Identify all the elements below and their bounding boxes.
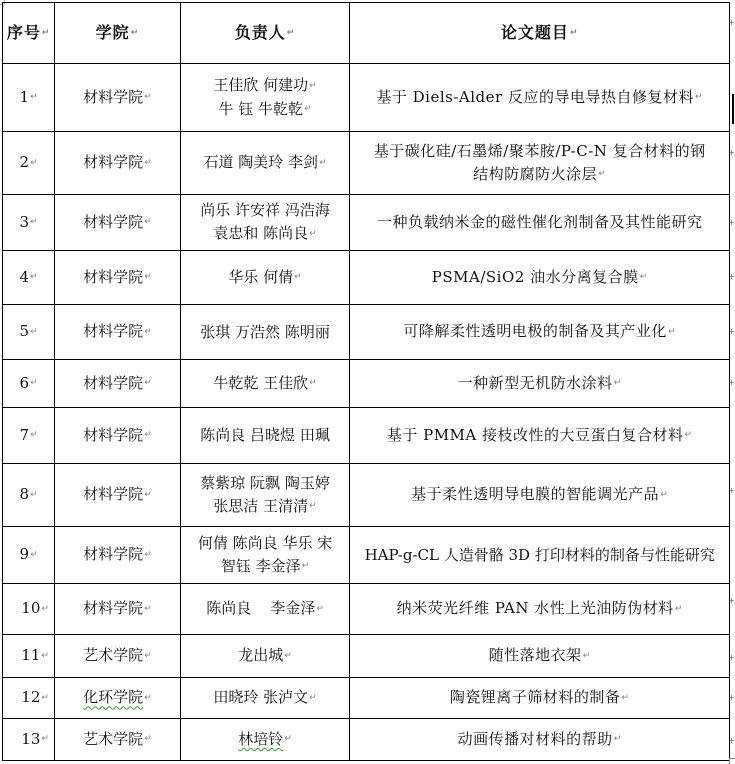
cell-title[interactable]: 基于柔性透明导电膜的智能调光产品↵ bbox=[350, 464, 730, 527]
cell-school[interactable]: 艺术学院↵ bbox=[55, 635, 181, 678]
lead-names: 张琪 万浩然 陈明丽 bbox=[200, 323, 330, 341]
lead-line: 袁忠和 陈尚良↵ bbox=[182, 222, 349, 246]
row-number: 6 bbox=[20, 374, 30, 392]
lead-names: 林培铃 bbox=[238, 730, 283, 748]
paragraph-mark-icon: ↵ bbox=[144, 544, 152, 567]
header-no[interactable]: 序号↵ bbox=[3, 3, 55, 64]
thesis-title: 一种新型无机防水涂料 bbox=[458, 374, 613, 392]
thesis-title: 随性落地衣架 bbox=[489, 646, 582, 664]
row-number: 7 bbox=[20, 426, 30, 444]
paragraph-mark-icon: ↵ bbox=[144, 645, 152, 668]
cell-school[interactable]: 化环学院↵ bbox=[55, 678, 181, 719]
thesis-title: 纳米荧光纤维 PAN 水性上光油防伪材料 bbox=[397, 599, 674, 617]
row-number: 13 bbox=[21, 730, 40, 748]
row-end-marker bbox=[730, 276, 734, 277]
cell-no[interactable]: 3↵ bbox=[3, 195, 55, 251]
school-name: 材料学院 bbox=[83, 485, 143, 503]
school-name: 材料学院 bbox=[83, 426, 143, 444]
cell-school[interactable]: 材料学院↵ bbox=[55, 64, 181, 132]
cell-no[interactable]: 4↵ bbox=[3, 251, 55, 305]
cell-no[interactable]: 9↵ bbox=[3, 527, 55, 584]
paragraph-mark-icon: ↵ bbox=[284, 728, 292, 751]
paragraph-mark-icon: ↵ bbox=[30, 424, 38, 447]
cell-title[interactable]: HAP-g-CL 人造骨骼 3D 打印材料的制备与性能研究 bbox=[350, 527, 730, 584]
paragraph-mark-icon: ↵ bbox=[144, 266, 152, 289]
cell-no[interactable]: 7↵ bbox=[3, 408, 55, 464]
cell-no[interactable]: 10↵ bbox=[3, 584, 55, 635]
row-end-marker bbox=[730, 740, 734, 741]
cell-no[interactable]: 8↵ bbox=[3, 464, 55, 527]
thesis-title: 一种负载纳米金的磁性催化剂制备及其性能研究 bbox=[377, 213, 703, 231]
header-lead-label: 负责人 bbox=[235, 23, 286, 42]
cell-school[interactable]: 材料学院↵ bbox=[55, 464, 181, 527]
cell-no[interactable]: 13↵ bbox=[3, 719, 55, 761]
cell-school[interactable]: 材料学院↵ bbox=[55, 527, 181, 584]
paragraph-mark-icon: ↵ bbox=[144, 484, 152, 507]
table-row: 8↵ 材料学院↵ 蔡紫琼 阮飘 陶玉婷 张思洁 王清清↵ 基于柔性透明导电膜的智… bbox=[3, 464, 730, 527]
header-row: 序号↵ 学院↵ 负责人↵ 论文题目↵ bbox=[3, 3, 730, 64]
cell-no[interactable]: 11↵ bbox=[3, 635, 55, 678]
cell-title[interactable]: 基于 PMMA 接枝改性的大豆蛋白复合材料↵ bbox=[350, 408, 730, 464]
paragraph-mark-icon: ↵ bbox=[144, 424, 152, 447]
cell-lead[interactable]: 林培铃↵ bbox=[180, 719, 350, 761]
title-line: 结构防腐防火涂层↵ bbox=[351, 163, 728, 187]
paragraph-mark-icon: ↵ bbox=[309, 495, 317, 518]
cell-no[interactable]: 12↵ bbox=[3, 678, 55, 719]
paragraph-mark-icon: ↵ bbox=[309, 372, 317, 395]
row-number: 3 bbox=[20, 213, 30, 231]
school-name: 材料学院 bbox=[83, 374, 143, 392]
row-number: 12 bbox=[21, 688, 40, 706]
paragraph-mark-icon: ↵ bbox=[304, 98, 312, 121]
thesis-title: 基于碳化硅/石墨烯/聚苯胺/P-C-N 复合材料的钢 bbox=[374, 142, 706, 160]
school-name: 材料学院 bbox=[83, 213, 143, 231]
paragraph-mark-icon: ↵ bbox=[309, 223, 317, 246]
row-number: 11 bbox=[21, 646, 40, 664]
school-name: 材料学院 bbox=[83, 599, 143, 617]
row-number: 4 bbox=[20, 268, 30, 286]
table-row: 12↵ 化环学院↵ 田晓玲 张泸文↵ 陶瓷锂离子筛材料的制备↵ bbox=[3, 678, 730, 719]
cell-lead[interactable]: 王佳欣 何建功↵ 牛 钰 牛乾乾↵ bbox=[180, 64, 350, 132]
cell-no[interactable]: 2↵ bbox=[3, 132, 55, 195]
cell-title[interactable]: 可降解柔性透明电极的制备及其产业化↵ bbox=[350, 305, 730, 360]
school-name: 化环学院 bbox=[83, 688, 143, 706]
lead-names: 张思洁 王清清 bbox=[213, 497, 308, 515]
paragraph-mark-icon: ↵ bbox=[319, 152, 327, 175]
paragraph-mark-icon: ↵ bbox=[614, 372, 622, 395]
header-title-label: 论文题目 bbox=[501, 23, 569, 42]
table-row: 2↵ 材料学院↵ 石道 陶美玲 李剑↵ 基于碳化硅/石墨烯/聚苯胺/P-C-N … bbox=[3, 132, 730, 195]
table-row: 4↵ 材料学院↵ 华乐 何倩↵ PSMA/SiO2 油水分离复合膜↵ bbox=[3, 251, 730, 305]
header-title[interactable]: 论文题目↵ bbox=[350, 3, 730, 64]
paragraph-mark-icon: ↵ bbox=[131, 22, 140, 45]
row-end-marker bbox=[730, 657, 734, 658]
paragraph-mark-icon: ↵ bbox=[660, 484, 668, 507]
cell-lead[interactable]: 陈尚良 吕晓煜 田珮 bbox=[180, 408, 350, 464]
row-end-marker bbox=[730, 331, 734, 332]
school-name: 材料学院 bbox=[83, 545, 143, 563]
paragraph-mark-icon: ↵ bbox=[583, 645, 591, 668]
school-name: 材料学院 bbox=[83, 88, 143, 106]
cell-title[interactable]: 陶瓷锂离子筛材料的制备↵ bbox=[350, 678, 730, 719]
cell-title[interactable]: 一种负载纳米金的磁性催化剂制备及其性能研究 bbox=[350, 195, 730, 251]
lead-line: 智钰 李金泽↵ bbox=[182, 555, 349, 579]
cell-title[interactable]: 随性落地衣架↵ bbox=[350, 635, 730, 678]
header-no-label: 序号 bbox=[7, 23, 41, 42]
paragraph-mark-icon: ↵ bbox=[144, 321, 152, 344]
table-row: 11↵ 艺术学院↵ 龙出城↵ 随性落地衣架↵ bbox=[3, 635, 730, 678]
row-number: 2 bbox=[20, 153, 30, 171]
cell-school[interactable]: 材料学院↵ bbox=[55, 584, 181, 635]
thesis-title: 基于 Diels-Alder 反应的导电导热自修复材料 bbox=[376, 88, 694, 106]
paragraph-mark-icon: ↵ bbox=[30, 372, 38, 395]
paragraph-mark-icon: ↵ bbox=[309, 75, 317, 98]
row-number: 10 bbox=[21, 599, 40, 617]
table-row: 1↵ 材料学院↵ 王佳欣 何建功↵ 牛 钰 牛乾乾↵ 基于 Diels-Alde… bbox=[3, 64, 730, 132]
paragraph-mark-icon: ↵ bbox=[144, 728, 152, 751]
table-row: 10↵ 材料学院↵ 陈尚良 李金泽↵ 纳米荧光纤维 PAN 水性上光油防伪材料↵ bbox=[3, 584, 730, 635]
thesis-title: 基于 PMMA 接枝改性的大豆蛋白复合材料 bbox=[387, 426, 684, 444]
cell-title[interactable]: 基于 Diels-Alder 反应的导电导热自修复材料↵ bbox=[350, 64, 730, 132]
paragraph-mark-icon: ↵ bbox=[30, 86, 38, 109]
table-resize-handle[interactable] bbox=[729, 758, 735, 764]
lead-line: 王佳欣 何建功↵ bbox=[182, 74, 349, 98]
paragraph-mark-icon: ↵ bbox=[41, 728, 49, 751]
lead-names: 蔡紫琼 阮飘 陶玉婷 bbox=[200, 474, 330, 492]
lead-line: 蔡紫琼 阮飘 陶玉婷 bbox=[182, 472, 349, 495]
paragraph-mark-icon: ↵ bbox=[640, 266, 648, 289]
thesis-title: 基于柔性透明导电膜的智能调光产品 bbox=[411, 485, 659, 503]
paragraph-mark-icon: ↵ bbox=[284, 645, 292, 668]
paragraph-mark-icon: ↵ bbox=[41, 598, 49, 621]
cell-lead[interactable]: 陈尚良 李金泽↵ bbox=[180, 584, 350, 635]
school-name: 材料学院 bbox=[83, 153, 143, 171]
school-name: 艺术学院 bbox=[83, 646, 143, 664]
thesis-title: 结构防腐防火涂层 bbox=[473, 165, 597, 183]
cell-lead[interactable]: 田晓玲 张泸文↵ bbox=[180, 678, 350, 719]
cell-no[interactable]: 1↵ bbox=[3, 64, 55, 132]
lead-names: 陈尚良 吕晓煜 田珮 bbox=[200, 426, 330, 444]
paragraph-mark-icon: ↵ bbox=[695, 86, 703, 109]
lead-names: 袁忠和 陈尚良 bbox=[213, 224, 308, 242]
paragraph-mark-icon: ↵ bbox=[144, 152, 152, 175]
cell-school[interactable]: 材料学院↵ bbox=[55, 360, 181, 408]
lead-names: 龙出城 bbox=[238, 646, 283, 664]
header-school-label: 学院 bbox=[96, 23, 130, 42]
row-number: 9 bbox=[20, 545, 30, 563]
cell-school[interactable]: 材料学院↵ bbox=[55, 408, 181, 464]
lead-names: 何倩 陈尚良 华乐 宋 bbox=[198, 534, 332, 552]
paragraph-mark-icon: ↵ bbox=[309, 687, 317, 710]
lead-line: 牛 钰 牛乾乾↵ bbox=[182, 98, 349, 122]
school-name: 艺术学院 bbox=[83, 730, 143, 748]
paragraph-mark-icon: ↵ bbox=[287, 22, 296, 45]
cell-lead[interactable]: 石道 陶美玲 李剑↵ bbox=[180, 132, 350, 195]
table-row: 6↵ 材料学院↵ 牛乾乾 王佳欣↵ 一种新型无机防水涂料↵ bbox=[3, 360, 730, 408]
paragraph-mark-icon: ↵ bbox=[302, 555, 310, 578]
paragraph-mark-icon: ↵ bbox=[614, 728, 622, 751]
paragraph-mark-icon: ↵ bbox=[294, 266, 302, 289]
cell-lead[interactable]: 龙出城↵ bbox=[180, 635, 350, 678]
cell-no[interactable]: 6↵ bbox=[3, 360, 55, 408]
paragraph-mark-icon: ↵ bbox=[621, 687, 629, 710]
paragraph-mark-icon: ↵ bbox=[30, 266, 38, 289]
cell-school[interactable]: 材料学院↵ bbox=[55, 305, 181, 360]
paragraph-mark-icon: ↵ bbox=[685, 424, 693, 447]
title-line: 基于碳化硅/石墨烯/聚苯胺/P-C-N 复合材料的钢 bbox=[351, 140, 728, 163]
header-lead[interactable]: 负责人↵ bbox=[180, 3, 350, 64]
cell-title[interactable]: 一种新型无机防水涂料↵ bbox=[350, 360, 730, 408]
row-end-marker bbox=[730, 382, 734, 383]
paragraph-mark-icon: ↵ bbox=[30, 211, 38, 234]
row-end-marker bbox=[730, 697, 734, 698]
paragraph-mark-icon: ↵ bbox=[570, 22, 579, 45]
lead-names: 尚乐 许安祥 冯浩海 bbox=[200, 201, 330, 219]
table-row: 5↵ 材料学院↵ 张琪 万浩然 陈明丽 可降解柔性透明电极的制备及其产业化↵ bbox=[3, 305, 730, 360]
thesis-title: 可降解柔性透明电极的制备及其产业化 bbox=[403, 322, 667, 340]
row-end-marker bbox=[730, 222, 734, 223]
lead-names: 牛乾乾 王佳欣 bbox=[213, 374, 308, 392]
cell-lead[interactable]: 华乐 何倩↵ bbox=[180, 251, 350, 305]
paragraph-mark-icon: ↵ bbox=[30, 484, 38, 507]
cell-lead[interactable]: 张琪 万浩然 陈明丽 bbox=[180, 305, 350, 360]
thesis-title: PSMA/SiO2 油水分离复合膜 bbox=[432, 268, 639, 286]
lead-line: 尚乐 许安祥 冯浩海 bbox=[182, 199, 349, 222]
cell-school[interactable]: 材料学院↵ bbox=[55, 251, 181, 305]
paragraph-mark-icon: ↵ bbox=[144, 687, 152, 710]
paragraph-mark-icon: ↵ bbox=[42, 22, 51, 45]
row-end-marker bbox=[730, 600, 734, 601]
paragraph-mark-icon: ↵ bbox=[41, 645, 49, 668]
row-number: 1 bbox=[20, 88, 30, 106]
cell-lead[interactable]: 蔡紫琼 阮飘 陶玉婷 张思洁 王清清↵ bbox=[180, 464, 350, 527]
cell-school[interactable]: 材料学院↵ bbox=[55, 195, 181, 251]
row-number: 5 bbox=[20, 322, 30, 340]
paragraph-mark-icon: ↵ bbox=[30, 321, 38, 344]
lead-names: 陈尚良 李金泽 bbox=[206, 599, 315, 617]
lead-names: 田晓玲 张泸文 bbox=[213, 688, 308, 706]
school-name: 材料学院 bbox=[83, 268, 143, 286]
header-school[interactable]: 学院↵ bbox=[55, 3, 181, 64]
lead-line: 张思洁 王清清↵ bbox=[182, 495, 349, 519]
cell-school[interactable]: 艺术学院↵ bbox=[55, 719, 181, 761]
cell-title[interactable]: 动画传播对材料的帮助↵ bbox=[350, 719, 730, 761]
lead-names: 王佳欣 何建功 bbox=[213, 76, 308, 94]
paragraph-mark-icon: ↵ bbox=[30, 544, 38, 567]
cell-title[interactable]: PSMA/SiO2 油水分离复合膜↵ bbox=[350, 251, 730, 305]
thesis-title: HAP-g-CL 人造骨骼 3D 打印材料的制备与性能研究 bbox=[365, 546, 715, 564]
text-cursor bbox=[732, 94, 734, 124]
paragraph-mark-icon: ↵ bbox=[675, 598, 683, 621]
cell-title[interactable]: 基于碳化硅/石墨烯/聚苯胺/P-C-N 复合材料的钢 结构防腐防火涂层↵ bbox=[350, 132, 730, 195]
thesis-title: 动画传播对材料的帮助 bbox=[458, 730, 613, 748]
lead-names: 牛 钰 牛乾乾 bbox=[219, 100, 304, 118]
paragraph-mark-icon: ↵ bbox=[316, 598, 324, 621]
paragraph-mark-icon: ↵ bbox=[668, 321, 676, 344]
paragraph-mark-icon: ↵ bbox=[144, 211, 152, 234]
paragraph-mark-icon: ↵ bbox=[144, 86, 152, 109]
paragraph-mark-icon: ↵ bbox=[144, 372, 152, 395]
lead-names: 华乐 何倩 bbox=[228, 268, 293, 286]
table-row: 7↵ 材料学院↵ 陈尚良 吕晓煜 田珮 基于 PMMA 接枝改性的大豆蛋白复合材… bbox=[3, 408, 730, 464]
thesis-table: 序号↵ 学院↵ 负责人↵ 论文题目↵ 1↵ 材料学院↵ 王佳欣 何建功↵ 牛 钰… bbox=[2, 2, 730, 761]
school-name: 材料学院 bbox=[83, 322, 143, 340]
cell-title[interactable]: 纳米荧光纤维 PAN 水性上光油防伪材料↵ bbox=[350, 584, 730, 635]
row-number: 8 bbox=[20, 485, 30, 503]
table-row: 3↵ 材料学院↵ 尚乐 许安祥 冯浩海 袁忠和 陈尚良↵ 一种负载纳米金的磁性催… bbox=[3, 195, 730, 251]
lead-names: 石道 陶美玲 李剑 bbox=[204, 153, 319, 171]
row-end-marker bbox=[730, 152, 734, 153]
cell-school[interactable]: 材料学院↵ bbox=[55, 132, 181, 195]
paragraph-mark-icon: ↵ bbox=[144, 598, 152, 621]
cell-lead[interactable]: 牛乾乾 王佳欣↵ bbox=[180, 360, 350, 408]
row-end-marker bbox=[730, 22, 734, 23]
thesis-title: 陶瓷锂离子筛材料的制备 bbox=[450, 688, 621, 706]
table-row: 13↵ 艺术学院↵ 林培铃↵ 动画传播对材料的帮助↵ bbox=[3, 719, 730, 761]
paragraph-mark-icon: ↵ bbox=[41, 687, 49, 710]
row-end-marker bbox=[730, 490, 734, 491]
table-row: 9↵ 材料学院↵ 何倩 陈尚良 华乐 宋 智钰 李金泽↵ HAP-g-CL 人造… bbox=[3, 527, 730, 584]
lead-names: 智钰 李金泽 bbox=[221, 557, 301, 575]
cell-lead[interactable]: 尚乐 许安祥 冯浩海 袁忠和 陈尚良↵ bbox=[180, 195, 350, 251]
lead-line: 何倩 陈尚良 华乐 宋 bbox=[182, 532, 349, 555]
paragraph-mark-icon: ↵ bbox=[598, 163, 606, 186]
cell-no[interactable]: 5↵ bbox=[3, 305, 55, 360]
cell-lead[interactable]: 何倩 陈尚良 华乐 宋 智钰 李金泽↵ bbox=[180, 527, 350, 584]
paragraph-mark-icon: ↵ bbox=[30, 152, 38, 175]
